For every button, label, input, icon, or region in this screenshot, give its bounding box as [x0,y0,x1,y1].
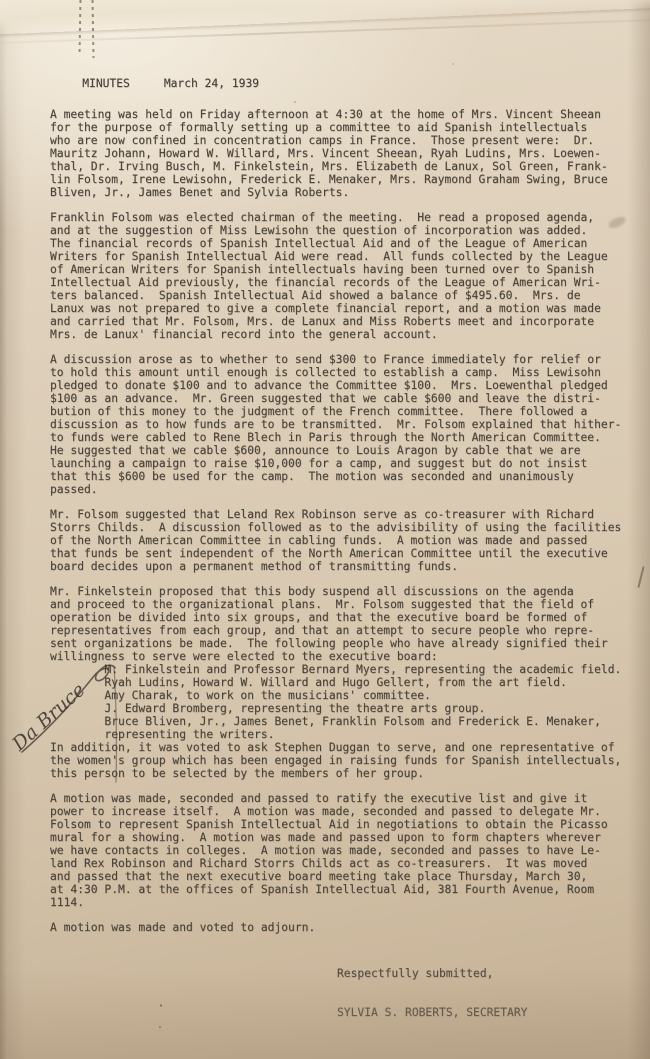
paragraph: Mr. Finkelstein proposed that this body … [50,585,635,780]
text-line: A motion was made and voted to adjourn. [50,921,635,934]
text-line: board decides upon a permanent method of… [50,560,635,573]
text-line: discussion as to how funds are to be tra… [50,418,635,431]
text-line: and at the suggestion of Miss Lewisohn t… [50,224,635,237]
text-line: passed. [50,483,635,496]
text-line: Franklin Folsom was elected chairman of … [50,211,635,224]
text-line: He suggested that we cable $600, announc… [50,444,635,457]
text-line: launching a campaign to raise $10,000 fo… [50,457,635,470]
text-line: at 4:30 P.M. at the offices of Spanish I… [50,883,635,896]
text-line: Mr. Folsom suggested that Leland Rex Rob… [50,508,635,521]
text-line: M. Finkelstein and Professor Bernard Mye… [50,663,635,676]
text-line: Bruce Bliven, Jr., James Benet, Franklin… [50,715,635,728]
text-line: we have contacts in colleges. A motion w… [50,844,635,857]
text-line: who are now confined in concentration ca… [50,134,635,147]
text-line: Mauritz Johann, Howard W. Willard, Mrs. … [50,147,635,160]
text-line: this person to be selected by the member… [50,767,635,780]
paragraph: A meeting was held on Friday afternoon a… [50,108,635,199]
text-line: In addition, it was voted to ask Stephen… [50,741,635,754]
text-line: and passed that the next executive board… [50,870,635,883]
text-line: A meeting was held on Friday afternoon a… [50,108,635,121]
text-line: of American Writers for Spanish intellec… [50,263,635,276]
text-line: of the North American Committee in cabli… [50,534,635,547]
document-page: MINUTESMarch 24, 1939 A meeting was held… [0,0,650,1059]
closing-salutation: Respectfully submitted, [337,967,527,980]
text-line: to funds were cabled to Rene Blech in Pa… [50,431,635,444]
text-line: ters balanced. Spanish Intellectual Aid … [50,289,635,302]
text-line: operation be divided into six groups, an… [50,611,635,624]
document-date: March 24, 1939 [164,77,259,90]
text-line: representatives from each group, and tha… [50,624,635,637]
text-line: $100 as an advance. Mr. Green suggested … [50,392,635,405]
text-line: that funds be sent independent of the No… [50,547,635,560]
pencil-mark [637,566,644,588]
text-line: J. Edward Bromberg, representing the the… [50,702,635,715]
text-line: sent organizations be made. The followin… [50,637,635,650]
text-line: for the purpose of formally setting up a… [50,121,635,134]
text-line: land Rex Robinson and Richard Storrs Chi… [50,857,635,870]
text-line: A motion was made, seconded and passed t… [50,792,635,805]
document-header: MINUTESMarch 24, 1939 [55,64,259,103]
text-line: bution of this money to the judgment of … [50,405,635,418]
text-line: Folsom to represent Spanish Intellectual… [50,818,635,831]
paragraph: A motion was made, seconded and passed t… [50,792,635,909]
text-line: Mr. Finkelstein proposed that this body … [50,585,635,598]
paragraph: Mr. Folsom suggested that Leland Rex Rob… [50,508,635,573]
text-line: The financial records of Spanish Intelle… [50,237,635,250]
paper-speck [294,101,296,103]
text-line: and carried that Mr. Folsom, Mrs. de Lan… [50,315,635,328]
text-line: pledged to donate $100 and to advance th… [50,379,635,392]
text-line: Bliven, Jr., James Benet and Sylvia Robe… [50,186,635,199]
text-line: and proceed to the organizational plans.… [50,598,635,611]
paper-speck [452,63,454,65]
text-line: Writers for Spanish Intellectual Aid wer… [50,250,635,263]
text-line: representing the writers. [50,728,635,741]
text-line: A discussion arose as to whether to send… [50,353,635,366]
text-line: the women's group which has been engaged… [50,754,635,767]
text-line: lin Folsom, Irene Lewisohn, Frederick E.… [50,173,635,186]
text-line: Mrs. de Lanux' financial record into the… [50,328,635,341]
text-line: power to increase itself. A motion was m… [50,805,635,818]
text-line: Amy Charak, to work on the musicians' co… [50,689,635,702]
text-line: that this $600 be used for the camp. The… [50,470,635,483]
paragraph: Franklin Folsom was elected chairman of … [50,211,635,341]
text-line: to hold this amount until enough is coll… [50,366,635,379]
paragraph: A motion was made and voted to adjourn. [50,921,635,934]
text-line: willingness to serve were elected to the… [50,650,635,663]
paragraph: A discussion arose as to whether to send… [50,353,635,496]
text-line: thal, Dr. Irving Busch, M. Finkelstein, … [50,160,635,173]
text-line: 1114. [50,896,635,909]
paper-speck [159,1026,161,1028]
paper-speck [160,1004,162,1007]
text-line: Lanux was not prepared to give a complet… [50,302,635,315]
text-line: Intellectual Aid previously, the financi… [50,276,635,289]
document-body: A meeting was held on Friday afternoon a… [50,108,635,946]
text-line: Storrs Childs. A discussion followed as … [50,521,635,534]
closing-block: Respectfully submitted, SYLVIA S. ROBERT… [337,941,527,1045]
text-line: Ryah Ludins, Howard W. Willard and Hugo … [50,676,635,689]
document-title: MINUTES [82,77,130,90]
text-line: mural for a showing. A motion was made a… [50,831,635,844]
secretary-signature: SYLVIA S. ROBERTS, SECRETARY [337,1006,527,1019]
